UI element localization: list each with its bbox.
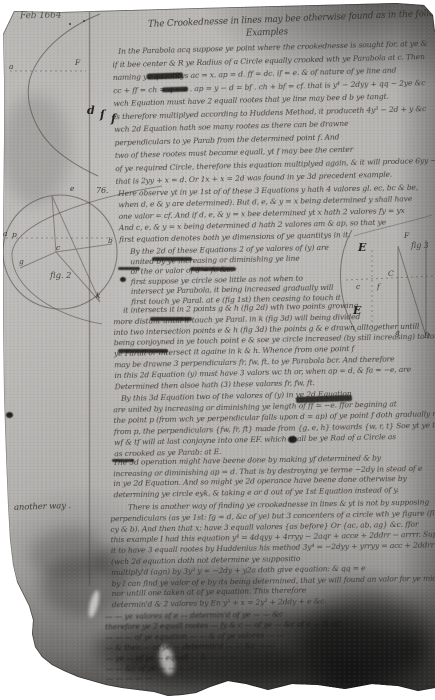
ink-strikethrough <box>118 349 168 353</box>
ink-blob <box>288 436 297 443</box>
text-paragraph-another-way: There is another way of finding ye crook… <box>110 497 435 611</box>
fig3-label: fig 3 <box>411 241 429 250</box>
text-paragraph-third-equation: By this 3d Equation two of the valores o… <box>113 386 435 460</box>
ink-strikethrough <box>190 267 236 271</box>
fig2-label: fig. 2 <box>50 271 71 281</box>
text-paragraph-observation: Here observe yt in ye 1st of of these 3 … <box>118 182 419 245</box>
page-title-line1: The Crookednesse in lines may bee otherw… <box>148 8 435 30</box>
text-paragraph-1: In the Parabola acq suppose ye point whe… <box>112 36 435 188</box>
margin-note-another-way: another way . <box>14 501 71 513</box>
parabola-sketch-top <box>28 14 100 176</box>
figure-point-letter: f <box>377 282 380 291</box>
figure-point-letter: c <box>56 243 60 252</box>
page-title-line2: Examples <box>246 27 288 38</box>
stain <box>0 95 70 205</box>
figure-point-letter: a <box>3 229 7 238</box>
paper-scratch <box>87 589 102 618</box>
paper-left-edge <box>3 34 17 582</box>
text-paragraph-faded: — — ye valores of e — determin'd of ye —… <box>105 609 351 685</box>
ink-dot-margin <box>6 412 13 418</box>
figure-point-letter: E <box>358 241 366 254</box>
text-paragraph-intersections: it intersects it in 2 points g & h (fig … <box>113 299 435 392</box>
figure-point-letter: p <box>12 230 17 239</box>
text-paragraph-operations: The 3d operation might have beene done b… <box>113 453 423 501</box>
ink-strikethrough <box>147 72 183 79</box>
ink-strikethrough <box>162 87 188 93</box>
text-paragraph-second-equation: By the 2d of these Equations 2 of ye val… <box>130 243 341 307</box>
manuscript-photo: Feb 1664 The Crookednesse in lines may b… <box>0 0 435 700</box>
ink-strikethrough <box>112 459 134 462</box>
figure-point-letter: c <box>356 282 360 291</box>
figure-point-letter: e <box>70 184 74 193</box>
figure-point-letter: F <box>75 58 80 67</box>
ink-strikethrough <box>150 317 192 321</box>
figure-point-letter: d <box>87 104 95 117</box>
ink-strikethrough <box>118 267 140 270</box>
ink-bullet <box>120 277 126 282</box>
ink-strikethrough <box>152 257 192 261</box>
stain <box>30 530 110 580</box>
handwritten-line: — — — — — <box>106 671 351 685</box>
figure-point-letter: a <box>9 62 13 71</box>
paper-sheet: Feb 1664 The Crookednesse in lines may b… <box>0 0 435 700</box>
figure-point-letter: b <box>108 236 113 245</box>
fig2-chords <box>20 196 112 302</box>
figure-point-letter: g <box>19 257 24 266</box>
figure-point-letter: ſ <box>100 108 105 121</box>
paragraph-number: 76. <box>96 186 108 195</box>
figure-point-letter: k <box>96 291 101 300</box>
date-annotation: Feb 1664 <box>20 11 62 22</box>
figure-point-letter: C <box>388 269 394 278</box>
